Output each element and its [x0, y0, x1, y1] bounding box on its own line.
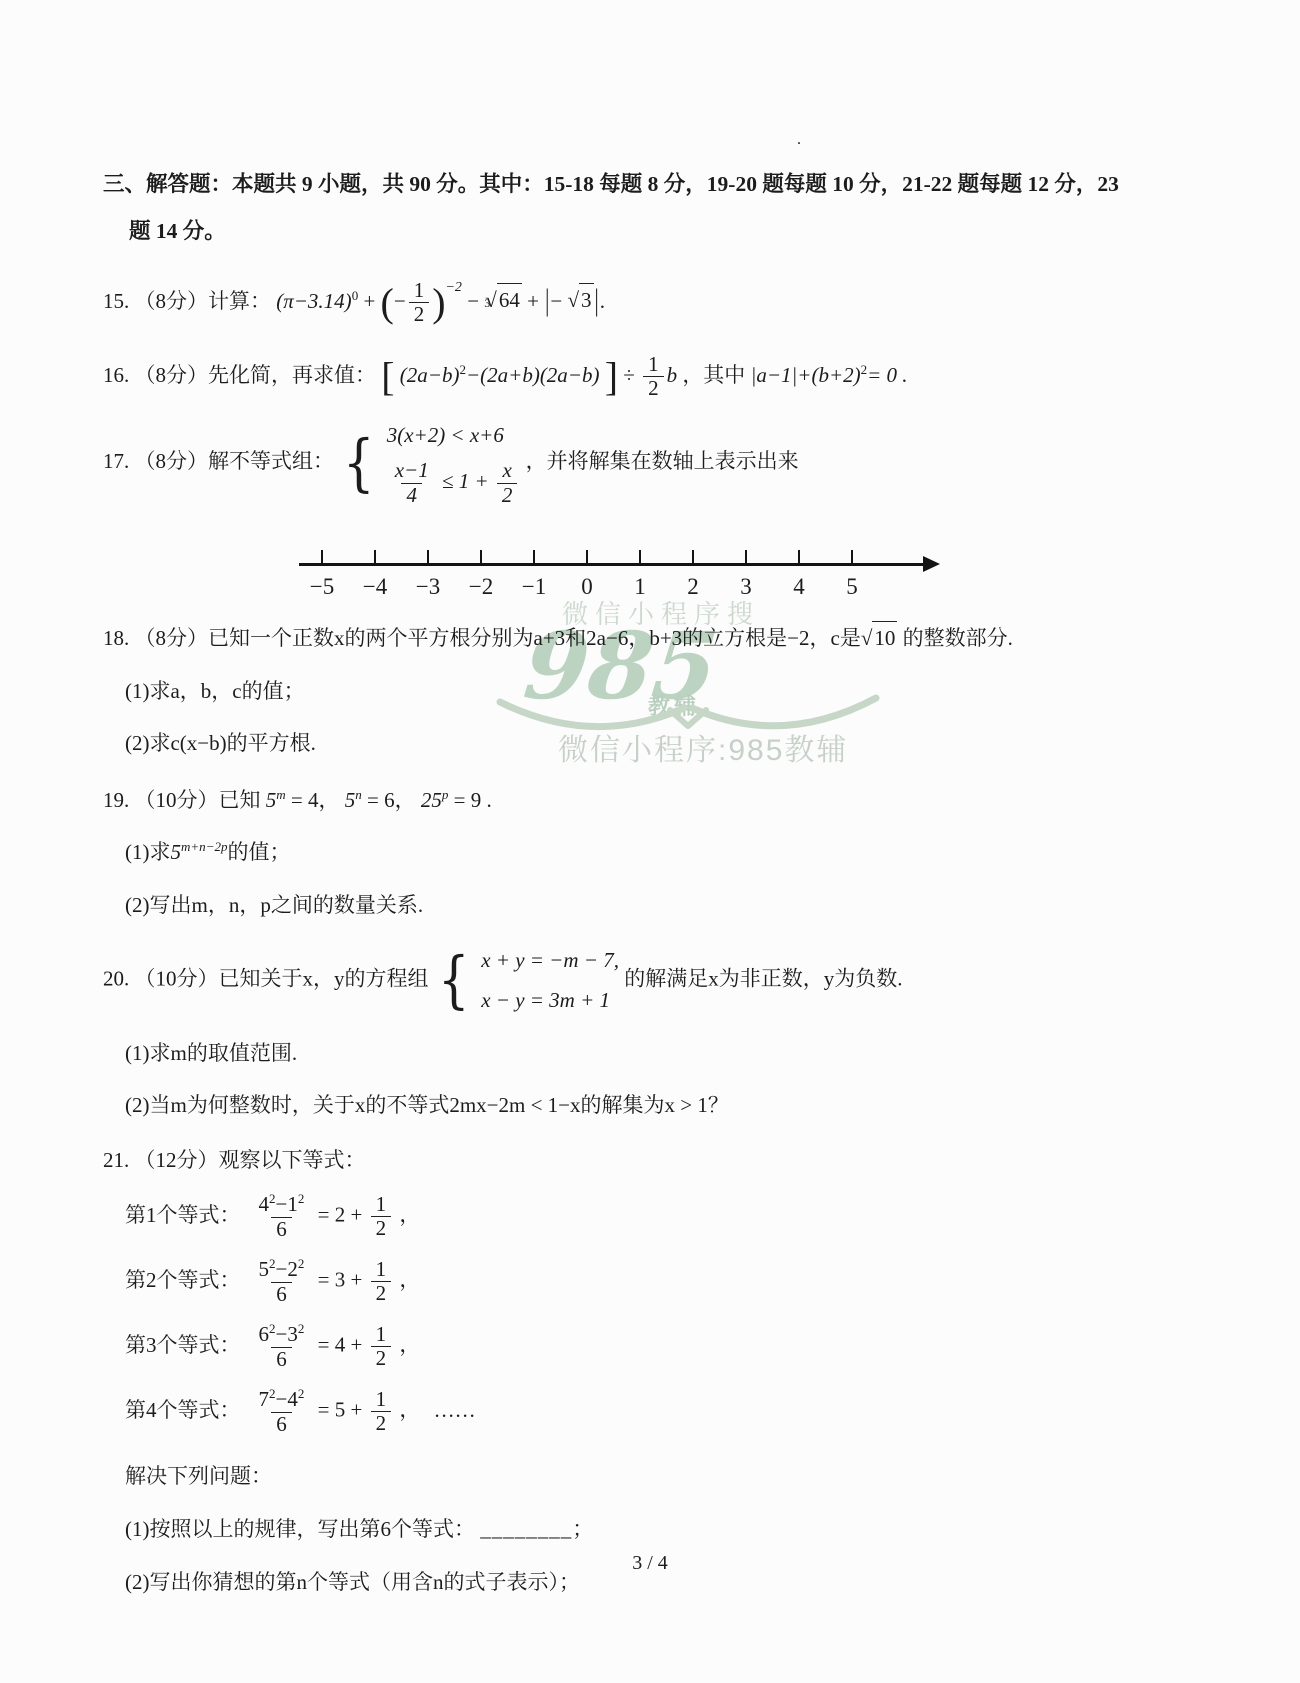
fraction: 42−126 — [254, 1192, 310, 1241]
math-fragment: − — [276, 1322, 288, 1346]
text-fragment: ，其中 — [682, 362, 745, 386]
denominator: 2 — [371, 1346, 392, 1371]
tick-mark — [639, 550, 641, 563]
radical-sign: √ — [485, 284, 497, 317]
math-fragment: 5 — [266, 788, 277, 812]
math-fragment: 2 — [335, 1203, 346, 1227]
tick-label: 3 — [740, 569, 752, 605]
math-fragment: + — [350, 1333, 362, 1357]
radical-sign: √ — [861, 622, 873, 655]
system-row-2: x − y = 3m + 1 — [481, 984, 610, 1017]
problem-20-sub2: (2)当m为何整数时，关于x的不等式2mx−2m < 1−x的解集为x > 1？ — [125, 1089, 1220, 1122]
numerator: 72−42 — [254, 1387, 310, 1412]
math-fragment: − — [276, 1257, 288, 1281]
system-brace: { — [343, 437, 375, 490]
tick-mark — [321, 550, 323, 563]
problem-19-sub2: (2)写出m，n，p之间的数量关系. — [125, 889, 1220, 922]
inequality-system: { 3(x+2) < x+6 x−14 ≤ 1 + x2 — [339, 419, 520, 508]
radicand: 10 — [872, 621, 897, 655]
tick-label: 1 — [634, 569, 646, 605]
math-fragment: − — [550, 288, 562, 312]
math-fragment: = 9 . — [454, 788, 492, 812]
system-brace: { — [438, 954, 470, 1007]
math-fragment: + — [527, 288, 539, 312]
fraction: 72−426 — [254, 1387, 310, 1436]
exponent: p — [442, 787, 449, 802]
math-fragment: = — [318, 1398, 330, 1422]
math-fragment: (π−3.14) — [276, 288, 351, 312]
math-fragment: = — [318, 1203, 330, 1227]
fraction: 12 — [409, 279, 430, 327]
equation-label: 第3个等式： — [125, 1329, 241, 1362]
denominator: 2 — [371, 1411, 392, 1436]
radicand: 3 — [579, 283, 594, 317]
problem-19-label: 19. （10分）已知 — [103, 788, 261, 812]
text-fragment: (1)按照以上的规律，写出第6个等式： — [125, 1517, 475, 1541]
denominator: 6 — [271, 1217, 292, 1242]
problem-21-label: 21. （12分）观察以下等式： — [103, 1148, 366, 1172]
tick-mark — [586, 550, 588, 563]
text-fragment: ， — [399, 1203, 420, 1227]
text-fragment: ， — [399, 1333, 420, 1357]
tick-mark — [427, 550, 429, 563]
text-fragment: ， — [399, 1268, 420, 1292]
tick-label: 2 — [687, 569, 699, 605]
text-fragment: ，并将解集在数轴上表示出来 — [526, 449, 799, 473]
radical-sign: √ — [567, 284, 579, 317]
denominator: 6 — [271, 1412, 292, 1437]
math-fragment: = 6， — [367, 788, 416, 812]
equation-system: { x + y = −m − 7, x − y = 3m + 1 — [434, 944, 619, 1017]
math-fragment: 6 — [259, 1322, 270, 1346]
math-fragment: b — [667, 362, 678, 386]
denominator: 2 — [643, 376, 664, 401]
problem-18: 18. （8分）已知一个正数x的两个平方根分别为a+3和2a−6，b+3的立方根… — [103, 621, 1220, 655]
exponent: 0 — [352, 287, 359, 302]
math-fragment: |a−1|+(b+2) — [751, 362, 861, 386]
math-fragment: − — [467, 288, 479, 312]
numerator: x — [497, 459, 516, 483]
math-fragment: −(2a+b)(2a−b) — [466, 362, 600, 386]
math-fragment: 25 — [421, 788, 442, 812]
math-fragment: 5 — [259, 1257, 270, 1281]
arrow-right-icon — [923, 556, 940, 572]
tick-mark — [798, 550, 800, 563]
tick-label: −3 — [416, 569, 440, 605]
problem-15: 15. （8分）计算： (π−3.14)0 + (−12)−2 − 3√64 +… — [103, 279, 1220, 327]
problem-16-label: 16. （8分）先化简，再求值： — [103, 362, 376, 386]
denominator: 2 — [497, 483, 518, 508]
math-fragment: 5 — [171, 840, 182, 864]
denominator: 2 — [371, 1216, 392, 1241]
fraction: x−14 — [390, 459, 434, 507]
square-root: √10 — [861, 621, 898, 655]
math-fragment: 5 — [345, 788, 356, 812]
problem-19: 19. （10分）已知 5m = 4， 5n = 6， 25p = 9 . — [103, 784, 1220, 817]
text-fragment: 的解满足x为非正数，y为负数. — [624, 966, 902, 990]
math-fragment: − — [394, 288, 406, 312]
answer-blank: ________ — [480, 1517, 572, 1541]
problem-20-label: 20. （10分）已知关于x，y的方程组 — [103, 966, 429, 990]
math-fragment: 3 — [335, 1268, 346, 1292]
numerator: 52−22 — [254, 1257, 310, 1282]
problem-17-label: 17. （8分）解不等式组： — [103, 449, 334, 473]
page-content: 三、解答题：本题共 9 小题，共 90 分。其中：15-18 每题 8 分，19… — [0, 0, 1300, 1683]
exponent: 2 — [298, 1321, 305, 1336]
numerator: 1 — [371, 1323, 392, 1347]
text-fragment: (1)求 — [125, 840, 171, 864]
math-fragment: + — [363, 288, 375, 312]
fraction: 12 — [643, 353, 664, 401]
abs-bar: | — [594, 277, 600, 324]
tick-label: 0 — [581, 569, 593, 605]
fraction: x2 — [497, 459, 518, 507]
equation-label: 第4个等式： — [125, 1394, 241, 1427]
denominator: 6 — [271, 1347, 292, 1372]
exponent: m — [276, 787, 285, 802]
math-fragment: 2 — [287, 1257, 298, 1281]
tick-label: 4 — [793, 569, 805, 605]
number-line-axis — [299, 563, 927, 566]
equation-label: 第1个等式： — [125, 1199, 241, 1232]
problem-15-label: 15. （8分）计算： — [103, 288, 271, 312]
equation-label: 第2个等式： — [125, 1264, 241, 1297]
math-fragment: 1 — [287, 1192, 298, 1216]
system-rows: x + y = −m − 7, x − y = 3m + 1 — [481, 944, 619, 1017]
equation-row-4: 第4个等式：72−426 = 5 + 12 ， …… — [125, 1387, 1220, 1436]
left-bracket: [ — [381, 354, 394, 399]
exponent: 2 — [298, 1191, 305, 1206]
tick-mark — [480, 550, 482, 563]
math-fragment: + — [350, 1268, 362, 1292]
numerator: 1 — [409, 279, 430, 303]
math-fragment: = — [318, 1268, 330, 1292]
system-rows: 3(x+2) < x+6 x−14 ≤ 1 + x2 — [387, 419, 521, 508]
math-fragment: + — [350, 1398, 362, 1422]
tick-mark — [692, 550, 694, 563]
math-fragment: 4 — [335, 1333, 346, 1357]
math-fragment: = 4， — [291, 788, 340, 812]
page-number: 3 / 4 — [0, 1548, 1300, 1579]
denominator: 4 — [401, 483, 422, 508]
right-bracket: ] — [605, 354, 618, 399]
math-fragment: − — [276, 1387, 288, 1411]
denominator: 6 — [271, 1282, 292, 1307]
tick-label: −1 — [522, 569, 546, 605]
numerator: x−1 — [390, 459, 434, 483]
fraction: 12 — [371, 1388, 392, 1436]
math-fragment: = — [318, 1333, 330, 1357]
math-fragment: ÷ — [623, 362, 635, 386]
left-paren: ( — [381, 280, 394, 325]
math-fragment: 4 — [287, 1387, 298, 1411]
math-fragment: ≤ 1 + — [442, 469, 489, 493]
text-fragment: 的值； — [228, 840, 291, 864]
denominator: 2 — [409, 302, 430, 327]
math-fragment: = 0 . — [867, 362, 907, 386]
math-fragment: . — [600, 288, 605, 312]
cube-root: 3√64 — [484, 283, 522, 317]
problem-18-label: 18. （8分）已知一个正数x的两个平方根分别为a+3和2a−6，b+3的立方根… — [103, 626, 861, 650]
equation-row-1: 第1个等式：42−126 = 2 + 12 ， — [125, 1192, 1220, 1241]
equation-row-2: 第2个等式：52−226 = 3 + 12 ， — [125, 1257, 1220, 1306]
equation-row-3: 第3个等式：62−326 = 4 + 12 ， — [125, 1322, 1220, 1371]
problem-21: 21. （12分）观察以下等式： — [103, 1144, 1220, 1177]
denominator: 2 — [371, 1281, 392, 1306]
numerator: 1 — [371, 1388, 392, 1412]
system-row-1: x + y = −m − 7, — [481, 944, 619, 977]
problem-18-sub1: (1)求a，b，c的值； — [125, 675, 1220, 708]
numerator: 1 — [371, 1193, 392, 1217]
math-fragment: 3 — [287, 1322, 298, 1346]
text-fragment: ， — [399, 1398, 420, 1422]
fraction: 62−326 — [254, 1322, 310, 1371]
tick-label: −5 — [310, 569, 334, 605]
math-fragment: (2a−b) — [400, 362, 460, 386]
exponent: 2 — [298, 1256, 305, 1271]
numerator: 62−32 — [254, 1322, 310, 1347]
problem-21-sub1: (1)按照以上的规律，写出第6个等式： ________； — [125, 1513, 1220, 1546]
tick-mark — [374, 550, 376, 563]
problem-20-sub1: (1)求m的取值范围. — [125, 1037, 1220, 1070]
tick-label: 5 — [846, 569, 858, 605]
problem-17: 17. （8分）解不等式组： { 3(x+2) < x+6 x−14 ≤ 1 +… — [103, 419, 1220, 508]
math-fragment: 5 — [335, 1398, 346, 1422]
exponent: 2 — [298, 1386, 305, 1401]
exponent: n — [355, 787, 362, 802]
right-paren: ) — [432, 280, 445, 325]
exponent: m+n−2p — [181, 839, 228, 854]
tick-mark — [745, 550, 747, 563]
abs-bar: | — [544, 277, 550, 324]
problem-20: 20. （10分）已知关于x，y的方程组 { x + y = −m − 7, x… — [103, 944, 1220, 1017]
tick-mark — [533, 550, 535, 563]
math-fragment: − — [276, 1192, 288, 1216]
square-root: √3 — [567, 283, 593, 317]
numerator: 42−12 — [254, 1192, 310, 1217]
text-fragment: ； — [572, 1517, 593, 1541]
math-fragment: 4 — [259, 1192, 270, 1216]
numerator: 1 — [371, 1258, 392, 1282]
section-header-line2: 题 14 分。 — [129, 215, 1220, 248]
system-row-2: x−14 ≤ 1 + x2 — [387, 459, 521, 507]
ellipsis: …… — [434, 1398, 476, 1422]
fraction: 12 — [371, 1193, 392, 1241]
tick-label: −2 — [469, 569, 493, 605]
fraction: 52−226 — [254, 1257, 310, 1306]
fraction: 12 — [371, 1258, 392, 1306]
exam-page: 微信小程序搜 985 教辅 微信小程序:985教辅 . 三、解答题：本题共 9 … — [0, 0, 1300, 1683]
section-header-line1: 三、解答题：本题共 9 小题，共 90 分。其中：15-18 每题 8 分，19… — [103, 168, 1220, 201]
math-fragment: 7 — [259, 1387, 270, 1411]
problem-16: 16. （8分）先化简，再求值： [ (2a−b)2−(2a+b)(2a−b) … — [103, 353, 1220, 401]
number-line: −5 −4 −3 −2 −1 0 1 2 3 4 5 — [299, 521, 959, 613]
tick-mark — [851, 550, 853, 563]
exponent: −2 — [445, 277, 461, 299]
problem-18-sub2: (2)求c(x−b)的平方根. — [125, 727, 1220, 760]
system-row-1: 3(x+2) < x+6 — [387, 419, 504, 452]
tick-label: −4 — [363, 569, 387, 605]
radicand: 64 — [497, 283, 522, 317]
problem-21-solve-heading: 解决下列问题： — [125, 1460, 1220, 1493]
problem-19-sub1: (1)求5m+n−2p的值； — [125, 836, 1220, 869]
text-fragment: 的整数部分. — [903, 626, 1013, 650]
math-fragment: + — [350, 1203, 362, 1227]
numerator: 1 — [643, 353, 664, 377]
fraction: 12 — [371, 1323, 392, 1371]
